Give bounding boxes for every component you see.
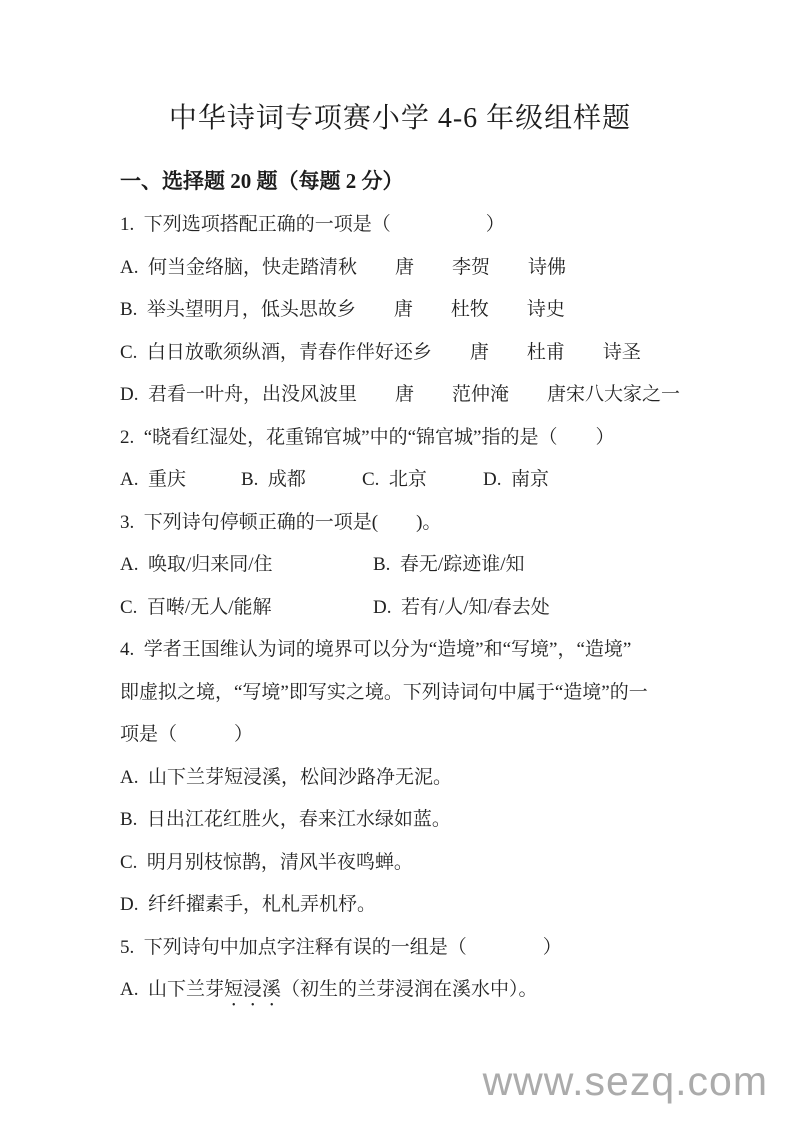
text-cell: B. 成都 bbox=[241, 459, 362, 502]
text-cell: B. 日出江花红胜火，春来江水绿如蓝。 bbox=[120, 799, 451, 842]
question-1-option-b: B. 举头望明月，低头思故乡 唐 杜牧 诗史 bbox=[120, 289, 680, 332]
question-4-option-b: B. 日出江花红胜火，春来江水绿如蓝。 bbox=[120, 799, 680, 842]
text-segment: B. 日出江花红胜火，春来江水绿如蓝。 bbox=[120, 809, 451, 830]
text-segment: C. 白日放歌须纵酒，青春作伴好还乡 唐 杜甫 诗圣 bbox=[120, 342, 641, 363]
question-2-options-row: A. 重庆B. 成都C. 北京D. 南京 bbox=[120, 459, 680, 502]
question-3-options-row-1: A. 唤取/归来同/住B. 春无/踪迹谁/知 bbox=[120, 544, 680, 587]
text-cell: D. 君看一叶舟，出没风波里 唐 范仲淹 唐宋八大家之一 bbox=[120, 374, 680, 417]
question-3-options-row-2: C. 百啭/无人/能解D. 若有/人/知/春去处 bbox=[120, 587, 680, 630]
question-2-stem: 2. “晓看红湿处，花重锦官城”中的“锦官城”指的是（ ） bbox=[120, 417, 680, 460]
text-cell: 1. 下列选项搭配正确的一项是（ ） bbox=[120, 204, 505, 247]
watermark-url: www.sezq.com bbox=[483, 1058, 768, 1105]
text-cell: C. 北京 bbox=[362, 459, 483, 502]
question-5-option-a: A. 山下兰芽短浸溪（初生的兰芽浸润在溪水中）。 bbox=[120, 969, 680, 1012]
text-cell: 5. 下列诗句中加点字注释有误的一组是（ ） bbox=[120, 927, 562, 970]
text-segment: C. 明月别枝惊鹊，清风半夜鸣蝉。 bbox=[120, 852, 413, 873]
text-segment: 2. “晓看红湿处，花重锦官城”中的“锦官城”指的是（ ） bbox=[120, 427, 614, 448]
question-4-option-d: D. 纤纤擢素手，札札弄机杼。 bbox=[120, 884, 680, 927]
text-cell: A. 唤取/归来同/住 bbox=[120, 544, 373, 587]
text-cell: B. 春无/踪迹谁/知 bbox=[373, 544, 680, 587]
text-cell: A. 重庆 bbox=[120, 459, 241, 502]
text-segment: 5. 下列诗句中加点字注释有误的一组是（ ） bbox=[120, 937, 562, 958]
question-4-stem-line-2: 即虚拟之境，“写境”即写实之境。下列诗词句中属于“造境”的一 bbox=[120, 672, 680, 715]
text-segment: C. 百啭/无人/能解 bbox=[120, 597, 271, 618]
text-cell: B. 举头望明月，低头思故乡 唐 杜牧 诗史 bbox=[120, 289, 565, 332]
text-segment: A. 重庆 bbox=[120, 469, 186, 490]
text-segment: B. 成都 bbox=[241, 469, 306, 490]
emphasized-text: 短浸溪 bbox=[224, 979, 281, 1000]
text-segment: 项是（ ） bbox=[120, 724, 253, 745]
text-segment: C. 北京 bbox=[362, 469, 427, 490]
question-1-option-d: D. 君看一叶舟，出没风波里 唐 范仲淹 唐宋八大家之一 bbox=[120, 374, 680, 417]
document-lines: 1. 下列选项搭配正确的一项是（ ）A. 何当金络脑，快走踏清秋 唐 李贺 诗佛… bbox=[120, 204, 680, 1012]
text-segment: 3. 下列诗句停顿正确的一项是( )。 bbox=[120, 512, 441, 533]
text-cell: D. 南京 bbox=[483, 459, 680, 502]
text-cell: C. 明月别枝惊鹊，清风半夜鸣蝉。 bbox=[120, 842, 413, 885]
page-title: 中华诗词专项赛小学 4-6 年级组样题 bbox=[120, 0, 680, 136]
text-cell: A. 何当金络脑，快走踏清秋 唐 李贺 诗佛 bbox=[120, 247, 566, 290]
question-5-stem: 5. 下列诗句中加点字注释有误的一组是（ ） bbox=[120, 927, 680, 970]
question-1-option-c: C. 白日放歌须纵酒，青春作伴好还乡 唐 杜甫 诗圣 bbox=[120, 332, 680, 375]
text-cell: 项是（ ） bbox=[120, 714, 253, 757]
text-cell: 即虚拟之境，“写境”即写实之境。下列诗词句中属于“造境”的一 bbox=[120, 672, 648, 715]
text-segment: D. 若有/人/知/春去处 bbox=[373, 597, 550, 618]
question-1-option-a: A. 何当金络脑，快走踏清秋 唐 李贺 诗佛 bbox=[120, 247, 680, 290]
text-segment: A. 何当金络脑，快走踏清秋 唐 李贺 诗佛 bbox=[120, 257, 566, 278]
text-cell: C. 百啭/无人/能解 bbox=[120, 587, 373, 630]
text-cell: A. 山下兰芽短浸溪，松间沙路净无泥。 bbox=[120, 757, 452, 800]
question-4-stem-line-1: 4. 学者王国维认为词的境界可以分为“造境”和“写境”，“造境” bbox=[120, 629, 680, 672]
text-cell: 4. 学者王国维认为词的境界可以分为“造境”和“写境”，“造境” bbox=[120, 629, 631, 672]
text-cell: D. 若有/人/知/春去处 bbox=[373, 587, 680, 630]
text-cell: C. 白日放歌须纵酒，青春作伴好还乡 唐 杜甫 诗圣 bbox=[120, 332, 641, 375]
question-4-option-a: A. 山下兰芽短浸溪，松间沙路净无泥。 bbox=[120, 757, 680, 800]
question-4-stem-line-3: 项是（ ） bbox=[120, 714, 680, 757]
text-cell: A. 山下兰芽短浸溪（初生的兰芽浸润在溪水中）。 bbox=[120, 969, 538, 1012]
text-segment: B. 春无/踪迹谁/知 bbox=[373, 554, 524, 575]
text-segment: D. 君看一叶舟，出没风波里 唐 范仲淹 唐宋八大家之一 bbox=[120, 384, 680, 405]
text-segment: 4. 学者王国维认为词的境界可以分为“造境”和“写境”，“造境” bbox=[120, 639, 631, 660]
section-heading: 一、选择题 20 题（每题 2 分） bbox=[120, 166, 680, 196]
text-segment: D. 纤纤擢素手，札札弄机杼。 bbox=[120, 894, 376, 915]
question-1-stem: 1. 下列选项搭配正确的一项是（ ） bbox=[120, 204, 680, 247]
text-segment: B. 举头望明月，低头思故乡 唐 杜牧 诗史 bbox=[120, 299, 565, 320]
text-segment: A. 唤取/归来同/住 bbox=[120, 554, 273, 575]
text-cell: D. 纤纤擢素手，札札弄机杼。 bbox=[120, 884, 376, 927]
text-segment: A. 山下兰芽 bbox=[120, 979, 224, 1000]
text-segment: A. 山下兰芽短浸溪，松间沙路净无泥。 bbox=[120, 767, 452, 788]
text-segment: （初生的兰芽浸润在溪水中）。 bbox=[281, 979, 538, 1000]
exam-paper-page: 中华诗词专项赛小学 4-6 年级组样题 一、选择题 20 题（每题 2 分） 1… bbox=[0, 0, 800, 1131]
text-segment: D. 南京 bbox=[483, 469, 549, 490]
text-segment: 1. 下列选项搭配正确的一项是（ ） bbox=[120, 214, 505, 235]
text-segment: 即虚拟之境，“写境”即写实之境。下列诗词句中属于“造境”的一 bbox=[120, 682, 648, 703]
text-cell: 2. “晓看红湿处，花重锦官城”中的“锦官城”指的是（ ） bbox=[120, 417, 614, 460]
question-3-stem: 3. 下列诗句停顿正确的一项是( )。 bbox=[120, 502, 680, 545]
question-4-option-c: C. 明月别枝惊鹊，清风半夜鸣蝉。 bbox=[120, 842, 680, 885]
text-cell: 3. 下列诗句停顿正确的一项是( )。 bbox=[120, 502, 441, 545]
